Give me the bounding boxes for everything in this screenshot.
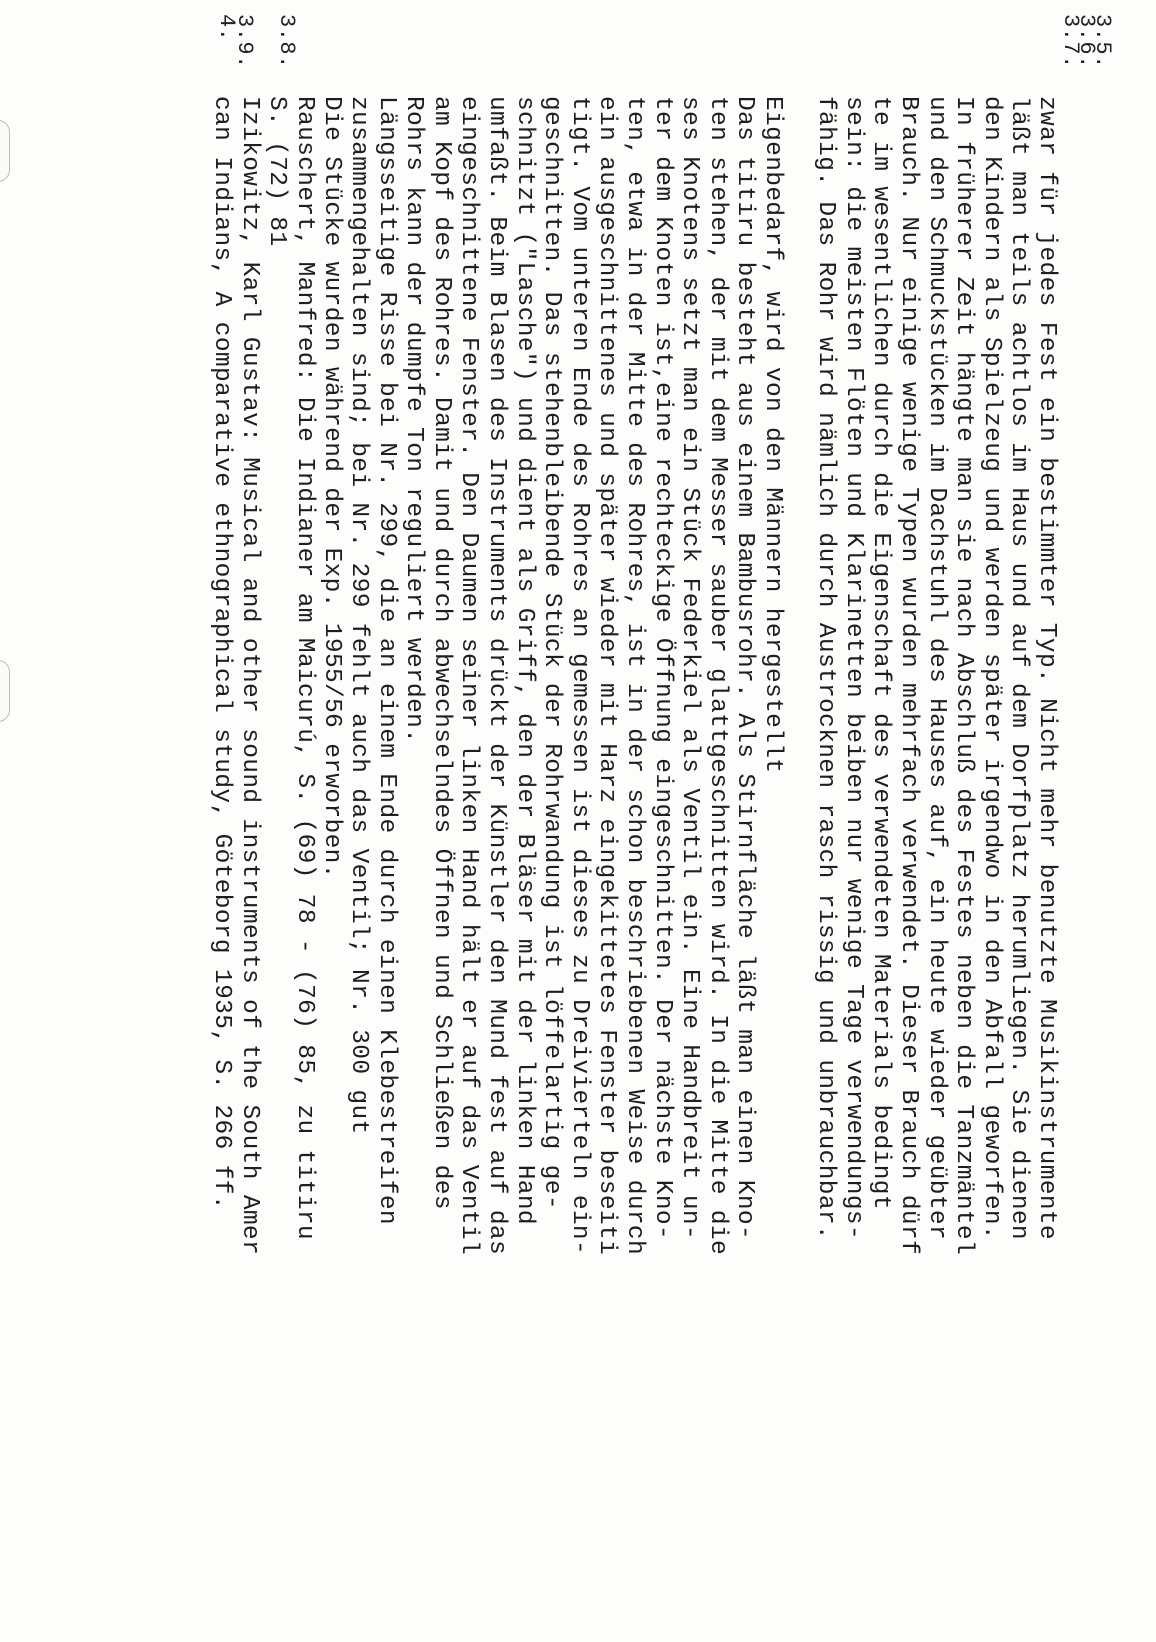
- typed-line: ses Knotens setzt man ein Stück Federkie…: [676, 96, 703, 1240]
- typed-line: In früherer Zeit hängte man sie nach Abs…: [950, 96, 977, 1255]
- typed-line: ten stehen, der mit dem Messer sauber gl…: [704, 96, 731, 1255]
- typed-line: ein ausgeschnittenes und später wieder m…: [593, 96, 620, 1255]
- section-label-3-7: 3.7.: [1062, 14, 1078, 69]
- typed-line: S. (72) 81: [263, 96, 290, 247]
- typed-line: läßt man teils achtlos im Haus und auf d…: [1005, 96, 1032, 1240]
- typed-line: am Kopf des Rohres. Damit und durch abwe…: [428, 96, 455, 1210]
- typed-line: Eigenbedarf, wird von den Männern herges…: [759, 96, 786, 773]
- typed-line: Izikowitz, Karl Gustav: Musical and othe…: [236, 96, 263, 1255]
- typed-line: Das titiru besteht aus einem Bambusrohr.…: [731, 96, 758, 1240]
- typed-line: can Indians, A comparative ethnographica…: [208, 96, 235, 1210]
- typed-line: und den Schmuckstücken im Dachstuhl des …: [923, 96, 950, 1240]
- typed-line: eingeschnittene Fenster. Den Daumen sein…: [455, 96, 482, 1255]
- typed-line: ter dem Knoten ist,eine rechteckige Öffn…: [649, 96, 676, 1240]
- typed-line: Längsseitige Risse bei Nr. 299, die an e…: [373, 96, 400, 1225]
- typed-line: den Kindern als Spielzeug und werden spä…: [978, 96, 1005, 1240]
- typed-line: fähig. Das Rohr wird nämlich durch Austr…: [812, 96, 839, 1240]
- typed-line: te im wesentlichen durch die Eigenschaft…: [867, 96, 894, 1210]
- typed-line: tigt. Vom unteren Ende des Rohres an gem…: [566, 96, 593, 1255]
- rotated-typewritten-page: 3.5. 3.6. 3.7. 3.8. 3.9. 4. zwar für jed…: [0, 0, 1156, 1642]
- typed-line: Brauch. Nur einige wenige Typen wurden m…: [895, 96, 922, 1255]
- section-label-3-8: 3.8.: [278, 14, 294, 69]
- typed-line: Rauschert, Manfred: Die Indianer am Maic…: [291, 96, 318, 1240]
- typed-line: ten, etwa in der Mitte des Rohres, ist i…: [621, 96, 648, 1255]
- typed-line: geschnitten. Das stehenbleibende Stück d…: [538, 96, 565, 1210]
- typed-line: Rohrs kann der dumpfe Ton reguliert werd…: [400, 96, 427, 743]
- typed-line: umfaßt. Beim Blasen des Instruments drüc…: [483, 96, 510, 1255]
- typed-line: Die Stücke wurden während der Exp. 1955/…: [318, 96, 345, 879]
- section-label-4: 4.: [218, 14, 234, 41]
- typed-line: zusammengehalten sind; bei Nr. 299 fehlt…: [345, 96, 372, 1135]
- typed-line: zwar für jedes Fest ein bestimmter Typ. …: [1033, 96, 1060, 1240]
- typed-line: sein: die meisten Flöten und Klarinetten…: [840, 96, 867, 1240]
- typed-line: schnitzt ("Lasche") und dient als Griff,…: [511, 96, 538, 1225]
